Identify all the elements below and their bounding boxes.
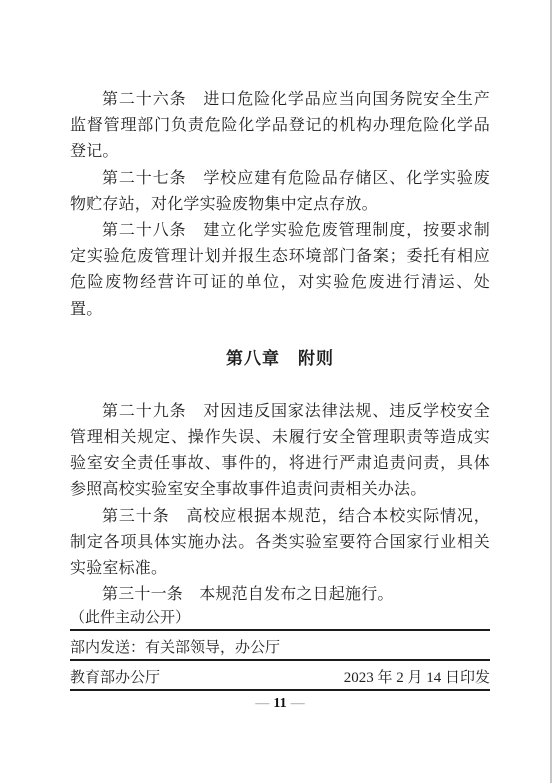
- chapter-heading: 第八章 附则: [70, 346, 490, 372]
- article-26-paragraph: 第二十六条 进口危险化学品应当向国务院安全生产监督管理部门负责危险化学品登记的机…: [70, 87, 490, 166]
- page-number-dash-right: —: [291, 696, 305, 711]
- document-footer: （此件主动公开） 部内发送：有关部领导，办公厅 教育部办公厅 2023 年 2 …: [70, 609, 490, 711]
- scan-edge-line: [550, 0, 552, 783]
- print-date: 2023 年 2 月 14 日印发: [344, 669, 490, 688]
- page-number-value: 11: [269, 696, 290, 711]
- document-body: 第二十六条 进口危险化学品应当向国务院安全生产监督管理部门负责危险化学品登记的机…: [70, 87, 490, 608]
- article-29-paragraph: 第二十九条 对因违反国家法律法规、违反学校安全管理相关规定、操作失误、未履行安全…: [70, 399, 490, 504]
- disclosure-note: （此件主动公开）: [70, 609, 490, 631]
- article-31-paragraph: 第三十一条 本规范自发布之日起施行。: [70, 582, 490, 608]
- issuer-line: 教育部办公厅 2023 年 2 月 14 日印发: [70, 661, 490, 691]
- page-number-dash-left: —: [255, 696, 269, 711]
- document-page: 第二十六条 进口危险化学品应当向国务院安全生产监督管理部门负责危险化学品登记的机…: [0, 0, 554, 783]
- article-28-paragraph: 第二十八条 建立化学实验危废管理制度，按要求制定实验危废管理计划并报生态环境部门…: [70, 218, 490, 323]
- article-30-paragraph: 第三十条 高校应根据本规范，结合本校实际情况，制定各项具体实施办法。各类实验室要…: [70, 504, 490, 583]
- page-number: —11—: [70, 696, 490, 711]
- article-27-paragraph: 第二十七条 学校应建有危险品存储区、化学实验废物贮存站，对化学实验废物集中定点存…: [70, 166, 490, 218]
- issuer-name: 教育部办公厅: [70, 669, 160, 688]
- distribution-line: 部内发送：有关部领导，办公厅: [70, 631, 490, 661]
